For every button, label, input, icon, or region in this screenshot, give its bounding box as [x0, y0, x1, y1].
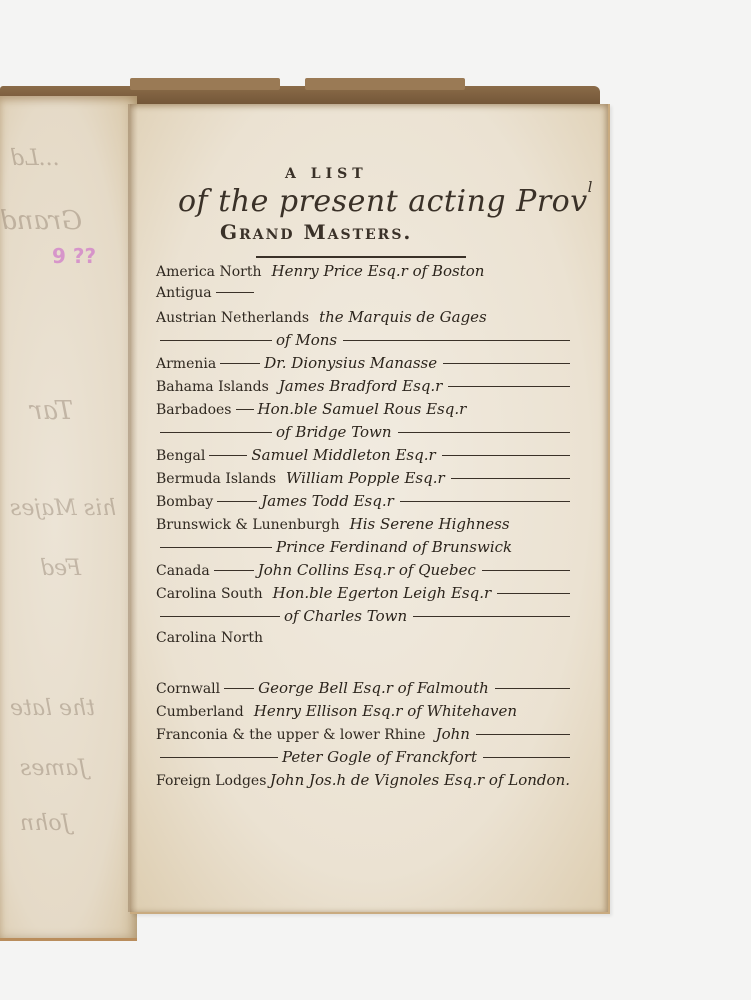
region-name: Canada — [156, 563, 210, 579]
grand-master-name: James Bradford Esq.r — [279, 377, 443, 395]
grand-master-name: John Collins Esq.r of Quebec — [258, 561, 476, 579]
trailing-line — [442, 455, 570, 456]
list-item: ArmeniaDr. Dionysius Manasse — [156, 354, 570, 377]
list-item: of Bridge Town — [156, 423, 570, 446]
heading-a-list: A LIST — [285, 166, 368, 182]
list-item: Prince Ferdinand of Brunswick — [156, 538, 570, 561]
bleed-through-text: the late — [10, 696, 95, 721]
leader-line — [220, 363, 260, 364]
list-item: Antigua — [156, 285, 570, 308]
trailing-line — [451, 478, 570, 479]
grand-master-name: John — [436, 725, 470, 743]
leader-line — [160, 340, 272, 341]
grand-master-name: Henry Price Esq.r of Boston — [272, 262, 485, 280]
grand-master-name: Dr. Dionysius Manasse — [264, 354, 437, 372]
bleed-through-text: John — [20, 811, 70, 836]
grand-master-name: the Marquis de Gages — [319, 308, 487, 326]
region-name: Barbadoes — [156, 402, 232, 418]
trailing-line — [483, 757, 570, 758]
grand-masters-list: America NorthHenry Price Esq.r of Boston… — [156, 262, 570, 794]
leader-line — [236, 409, 254, 410]
region-name: Brunswick & Lunenburgh — [156, 517, 340, 533]
list-item: of Mons — [156, 331, 570, 354]
trailing-line — [482, 570, 570, 571]
trailing-line — [398, 432, 570, 433]
region-name: America North — [156, 264, 262, 280]
bleed-through-text: his Majes — [10, 496, 116, 521]
region-name: Armenia — [156, 356, 216, 372]
list-item: Carolina North — [156, 630, 570, 653]
trailing-line — [476, 734, 570, 735]
list-item: Austrian Netherlandsthe Marquis de Gages — [156, 308, 570, 331]
leader-line — [160, 616, 280, 617]
list-item: CanadaJohn Collins Esq.r of Quebec — [156, 561, 570, 584]
bleed-through-text: Tar — [30, 396, 73, 426]
grand-master-name: of Mons — [276, 331, 337, 349]
grand-master-name: George Bell Esq.r of Falmouth — [258, 679, 489, 697]
bleed-through-text: ...Ld — [10, 146, 60, 171]
region-name: Bahama Islands — [156, 379, 269, 395]
list-item: of Charles Town — [156, 607, 570, 630]
bleed-through-text: Fed — [40, 556, 81, 581]
heading-grand-masters: Grand Masters. — [220, 220, 412, 244]
grand-master-name: Prince Ferdinand of Brunswick — [276, 538, 512, 556]
bleed-through-text: James — [20, 756, 87, 781]
grand-master-name: Peter Gogle of Franckfort — [282, 748, 477, 766]
trailing-line — [443, 363, 570, 364]
leader-line — [209, 455, 247, 456]
region-name: Bombay — [156, 494, 213, 510]
grand-master-name: of Charles Town — [284, 607, 407, 625]
leader-line — [214, 570, 254, 571]
leader-line — [217, 501, 257, 502]
leader-line — [224, 688, 254, 689]
grand-master-name: His Serene Highness — [350, 515, 510, 533]
grand-master-name: William Popple Esq.r — [286, 469, 445, 487]
region-name: Carolina North — [156, 630, 263, 646]
region-name: Bermuda Islands — [156, 471, 276, 487]
grand-master-name: John Jos.h de Vignoles Esq.r of London. — [270, 771, 570, 789]
trailing-line — [497, 593, 570, 594]
list-item: BombayJames Todd Esq.r — [156, 492, 570, 515]
trailing-line — [400, 501, 570, 502]
list-item: CumberlandHenry Ellison Esq.r of Whiteha… — [156, 702, 570, 725]
left-page: ...Ld Grand Tar his Majes Fed the late J… — [0, 96, 137, 941]
list-item: BarbadoesHon.ble Samuel Rous Esq.r — [156, 400, 570, 423]
region-name: Franconia & the upper & lower Rhine — [156, 727, 426, 743]
list-spacer — [156, 653, 570, 679]
list-item: Bahama IslandsJames Bradford Esq.r — [156, 377, 570, 400]
leader-line — [160, 757, 278, 758]
grand-master-name: James Todd Esq.r — [261, 492, 394, 510]
book-photo: ...Ld Grand Tar his Majes Fed the late J… — [0, 0, 751, 1000]
region-name: Austrian Netherlands — [156, 310, 309, 326]
leader-line — [160, 432, 272, 433]
region-name: Antigua — [156, 285, 212, 301]
heading-script-text: of the present acting Prov — [178, 184, 588, 219]
list-item: Bermuda IslandsWilliam Popple Esq.r — [156, 469, 570, 492]
trailing-line — [343, 340, 570, 341]
heading-rule — [256, 256, 466, 258]
grand-master-name: of Bridge Town — [276, 423, 392, 441]
bleed-through-text: Grand — [0, 206, 82, 236]
list-item: Brunswick & LunenburghHis Serene Highnes… — [156, 515, 570, 538]
page-gutter — [128, 104, 138, 912]
trailing-line — [495, 688, 570, 689]
grand-master-name: Hon.ble Samuel Rous Esq.r — [258, 400, 467, 418]
grand-master-name: Samuel Middleton Esq.r — [251, 446, 435, 464]
trailing-line — [413, 616, 570, 617]
region-name: Cumberland — [156, 704, 244, 720]
heading-script: of the present acting Provl — [178, 184, 593, 219]
library-stamp: 9 ?? — [52, 244, 96, 268]
trailing-line — [448, 386, 570, 387]
list-item: America NorthHenry Price Esq.r of Boston — [156, 262, 570, 285]
list-item: Carolina SouthHon.ble Egerton Leigh Esq.… — [156, 584, 570, 607]
list-item: Peter Gogle of Franckfort — [156, 748, 570, 771]
list-item: CornwallGeorge Bell Esq.r of Falmouth — [156, 679, 570, 702]
grand-master-name: Henry Ellison Esq.r of Whitehaven — [254, 702, 517, 720]
grand-master-name: Hon.ble Egerton Leigh Esq.r — [273, 584, 492, 602]
list-item: Foreign LodgesJohn Jos.h de Vignoles Esq… — [156, 771, 570, 794]
leader-line — [160, 547, 272, 548]
list-item: Franconia & the upper & lower RhineJohn — [156, 725, 570, 748]
region-name: Carolina South — [156, 586, 263, 602]
region-name: Foreign Lodges — [156, 773, 266, 789]
region-name: Bengal — [156, 448, 205, 464]
region-name: Cornwall — [156, 681, 220, 697]
heading-script-sup: l — [588, 178, 593, 196]
leader-line — [216, 292, 254, 293]
list-item: BengalSamuel Middleton Esq.r — [156, 446, 570, 469]
